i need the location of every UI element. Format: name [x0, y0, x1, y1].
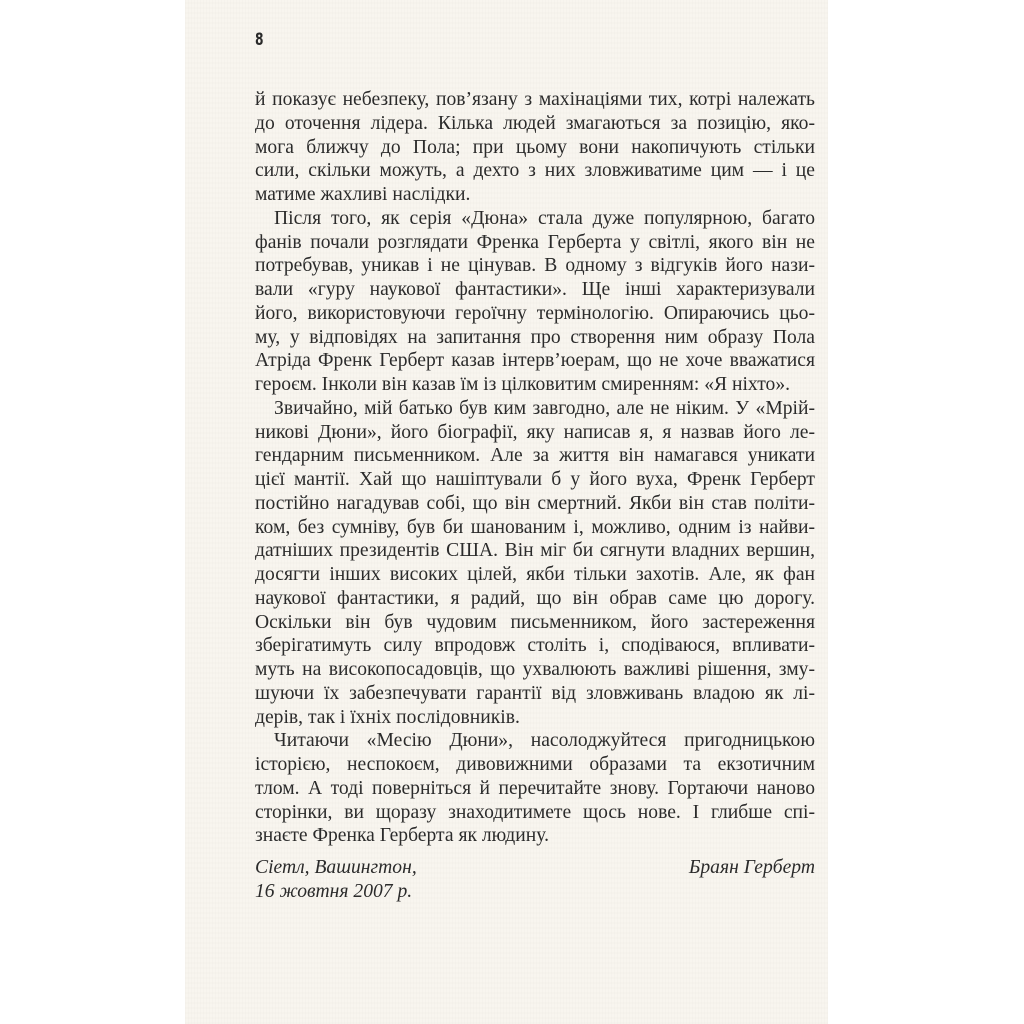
paragraph: Після того, як серія «Дюна» стала дуже п… [255, 207, 815, 397]
text-line: знаєте Френка Герберта як людину. [255, 824, 815, 848]
text-line: історією, неспокоєм, дивовижними образам… [255, 753, 815, 777]
page-number: 8 [255, 30, 264, 50]
paragraph: Читаючи «Месію Дюни», насолоджуйтеся при… [255, 729, 815, 848]
text-line: Оскільки він був чудовим письменником, й… [255, 611, 815, 635]
text-line: й показує небезпеку, пов’язану з махінац… [255, 88, 815, 112]
text-line: гендарним письменником. Але за життя він… [255, 444, 815, 468]
text-line: вали «гуру наукової фантастики». Ще інші… [255, 278, 815, 302]
text-line: постійно нагадував собі, що він смертний… [255, 492, 815, 516]
text-line: муть на високопосадовців, що ухвалюють в… [255, 658, 815, 682]
text-line: никові Дюни», його біографії, яку написа… [255, 421, 815, 445]
text-line: шуючи їх забезпечувати гарантії від злов… [255, 682, 815, 706]
text-line: Після того, як серія «Дюна» стала дуже п… [255, 207, 815, 231]
signature-block: Сіетл, Вашингтон, Браян Герберт 16 жовтн… [255, 856, 815, 904]
text-line: Звичайно, мій батько був ким завгодно, а… [255, 397, 815, 421]
signature-date: 16 жовтня 2007 р. [255, 880, 412, 904]
text-line: Читаючи «Месію Дюни», насолоджуйтеся при… [255, 729, 815, 753]
paragraph: Звичайно, мій батько був ким завгодно, а… [255, 397, 815, 730]
text-line: цієї мантії. Хай що нашіптували б у його… [255, 468, 815, 492]
text-line: матиме жахливі наслідки. [255, 183, 815, 207]
book-page: 8 й показує небезпеку, пов’язану з махін… [185, 0, 828, 1024]
text-line: потребував, уникав і не цінував. В одном… [255, 254, 815, 278]
text-line: Атріда Френк Герберт казав інтерв’юерам,… [255, 349, 815, 373]
text-line: досягти інших високих цілей, якби тільки… [255, 563, 815, 587]
text-line: фанів почали розглядати Френка Герберта … [255, 231, 815, 255]
text-line: му, у відповідях на запитання про створе… [255, 326, 815, 350]
text-line: ком, без сумніву, був би шанованим і, мо… [255, 516, 815, 540]
text-line: наукової фантастики, я радий, що він обр… [255, 587, 815, 611]
text-line: дерів, так і їхніх послідовників. [255, 706, 815, 730]
signature-author: Браян Герберт [689, 856, 815, 880]
text-line: зберігатимуть силу впродовж століть і, с… [255, 634, 815, 658]
paragraph: й показує небезпеку, пов’язану з махінац… [255, 88, 815, 207]
signature-row-2: 16 жовтня 2007 р. [255, 880, 815, 904]
text-line: мога ближчу до Пола; при цьому вони нако… [255, 136, 815, 160]
text-line: до оточення лідера. Кілька людей змагают… [255, 112, 815, 136]
text-line: його, використовуючи героїчну термінолог… [255, 302, 815, 326]
text-line: героєм. Інколи він казав їм із цілковити… [255, 373, 815, 397]
text-line: сили, скільки можуть, а дехто з них злов… [255, 159, 815, 183]
text-line: тлом. А тоді поверніться й перечитайте з… [255, 777, 815, 801]
signature-place: Сіетл, Вашингтон, [255, 856, 417, 880]
signature-row-1: Сіетл, Вашингтон, Браян Герберт [255, 856, 815, 880]
text-line: датніших президентів США. Він міг би сяг… [255, 539, 815, 563]
text-line: сторінки, ви щоразу знаходитимете щось н… [255, 801, 815, 825]
body-text: й показує небезпеку, пов’язану з махінац… [255, 88, 815, 848]
